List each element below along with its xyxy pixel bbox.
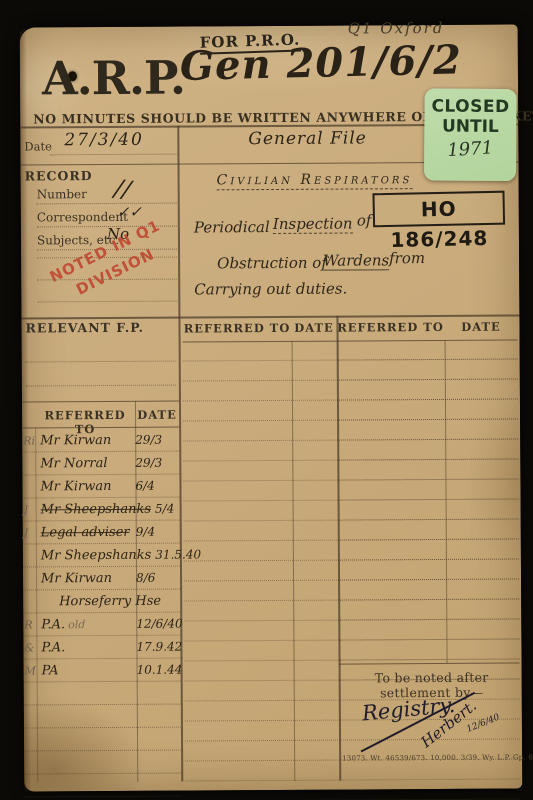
referral-row: Mr Kirwan8/6	[23, 567, 180, 591]
referred-to-name: Mr Sheepshanks	[37, 501, 151, 517]
referral-empty-row	[24, 751, 181, 775]
empty-grid-row	[337, 379, 518, 400]
empty-grid-row	[338, 519, 519, 540]
referral-row: Mr Kirwan6/4	[22, 475, 179, 499]
until-label: UNTIL	[424, 116, 516, 137]
empty-grid-row	[337, 399, 518, 420]
record-field-number: Number	[37, 187, 177, 205]
empty-grid-row	[337, 359, 518, 380]
referral-date: 29/3	[131, 433, 179, 447]
date-value-handwritten: 27/3/40	[64, 130, 144, 150]
file-jacket: FOR P.R.O. Q1 Oxford A.R.P. Gen 201/6/2 …	[20, 24, 523, 791]
printer-imprint: 13073. Wt. 46539/673. 10,000. 3/39. Wy. …	[342, 753, 520, 762]
pencil-annotation: Q1 Oxford	[348, 19, 445, 38]
file-reference-handwritten: Gen 201/6/2	[179, 36, 462, 90]
referral-empty-row	[24, 705, 181, 729]
referral-header-date: DATE	[135, 408, 179, 422]
margin-mark: &	[23, 641, 37, 654]
referral-empty-row	[24, 774, 181, 798]
referral-date: 6/4	[131, 479, 179, 493]
subject-line1-c: of	[357, 211, 372, 229]
empty-grid-row	[338, 579, 519, 600]
referred-to-name: Mr Kirwan	[37, 570, 132, 586]
empty-grid-row	[338, 599, 519, 620]
date-rule	[50, 154, 176, 156]
empty-grid-row	[338, 619, 519, 640]
referral-row: Mr Sheepshanks31.5.40	[23, 544, 180, 568]
referral-row: &P.A.17.9.42	[23, 636, 180, 660]
referral-row: Mr Norral29/3	[22, 452, 179, 476]
referral-empty-row	[24, 728, 181, 752]
referral-date: 12/6/40	[132, 617, 180, 631]
referred-to-name: Legal adviser	[37, 524, 132, 540]
margin-mark: M	[24, 664, 38, 677]
right-table-rows	[337, 339, 520, 680]
referral-row: RiMr Kirwan29/3	[22, 429, 179, 453]
empty-grid-row	[337, 459, 518, 480]
empty-grid-row	[337, 479, 518, 500]
middle-header-date: DATE	[291, 321, 336, 335]
relevant-fp-rule	[26, 385, 176, 387]
record-field-label: Correspondent	[37, 210, 128, 225]
rule-above-tables	[21, 314, 519, 319]
referral-date: 8/6	[132, 571, 180, 585]
referral-table-top	[22, 401, 179, 403]
referral-row: Horseferry Hse	[23, 590, 180, 614]
record-title: RECORD	[25, 168, 93, 183]
referred-to-name: Mr Kirwan	[36, 432, 131, 448]
closed-label: CLOSED	[424, 96, 516, 117]
right-header-name: REFERRED TO	[336, 320, 444, 335]
empty-grid-row	[337, 419, 518, 440]
empty-grid-row	[185, 779, 520, 800]
referred-to-name: Mr Kirwan	[36, 478, 131, 494]
empty-grid-row	[185, 759, 520, 781]
relevant-fp-rule	[26, 361, 176, 363]
middle-header-name: REFERRED TO	[182, 321, 291, 336]
empty-grid-row	[338, 499, 519, 520]
margin-mark: J	[23, 503, 37, 516]
series-printed-label: A.R.P.	[42, 51, 185, 106]
referral-empty-row	[24, 682, 181, 706]
file-type-handwritten: General File	[248, 128, 367, 149]
margin-mark: R	[23, 618, 37, 631]
margin-mark: Ri	[22, 434, 36, 447]
empty-grid-row	[338, 639, 519, 660]
subject-line2-c: from	[389, 249, 425, 267]
referral-date: 17.9.42	[132, 640, 180, 654]
ho-reference-stamp: HO 186/248	[372, 191, 505, 228]
referred-to-name: P.A.old	[37, 616, 132, 632]
referred-to-name: Mr Sheepshanks	[37, 547, 151, 563]
subject-line2-b: Wardens	[323, 251, 389, 270]
referral-date: 29/3	[131, 456, 179, 470]
empty-grid-row	[337, 339, 518, 360]
record-field-label: Number	[37, 187, 87, 201]
margin-mark: J	[23, 526, 37, 539]
subject-line2-a: Obstruction of	[217, 254, 327, 273]
closed-until-sticker: CLOSED UNTIL 1971	[424, 88, 517, 181]
right-header-date: DATE	[444, 319, 517, 333]
subject-line3: Carrying out duties.	[194, 280, 347, 299]
subject-line1-b: Inspection	[273, 214, 353, 233]
referral-row: JLegal adviser9/4	[23, 521, 180, 545]
empty-grid-row	[338, 539, 519, 560]
date-label: Date	[24, 139, 52, 153]
pencil-suffix: old	[68, 618, 85, 631]
referral-date: 10.1.44	[133, 663, 181, 677]
referred-to-name: PA	[38, 662, 133, 678]
subject-line1-a: Periodical	[194, 218, 270, 236]
referral-entries: RiMr Kirwan29/3Mr Norral29/3Mr Kirwan6/4…	[22, 429, 181, 798]
referral-date: 9/4	[132, 525, 180, 539]
referred-to-name: Horseferry Hse	[37, 593, 161, 609]
referral-row: RP.A.old12/6/40	[23, 613, 180, 637]
referral-row: MPA10.1.44	[24, 659, 181, 683]
referral-row: JMr Sheepshanks5/4	[23, 498, 180, 522]
relevant-fp-title: RELEVANT F.P.	[25, 320, 143, 336]
empty-grid-row	[337, 439, 518, 460]
closed-year-handwritten: 1971	[424, 136, 517, 163]
referred-to-name: Mr Norral	[36, 455, 131, 471]
record-correspondent-tick: ✓✓	[117, 203, 142, 221]
subject-title-handwritten: Civilian Respirators	[217, 171, 413, 190]
referred-to-name: P.A.	[37, 639, 132, 655]
empty-grid-row	[338, 559, 519, 580]
